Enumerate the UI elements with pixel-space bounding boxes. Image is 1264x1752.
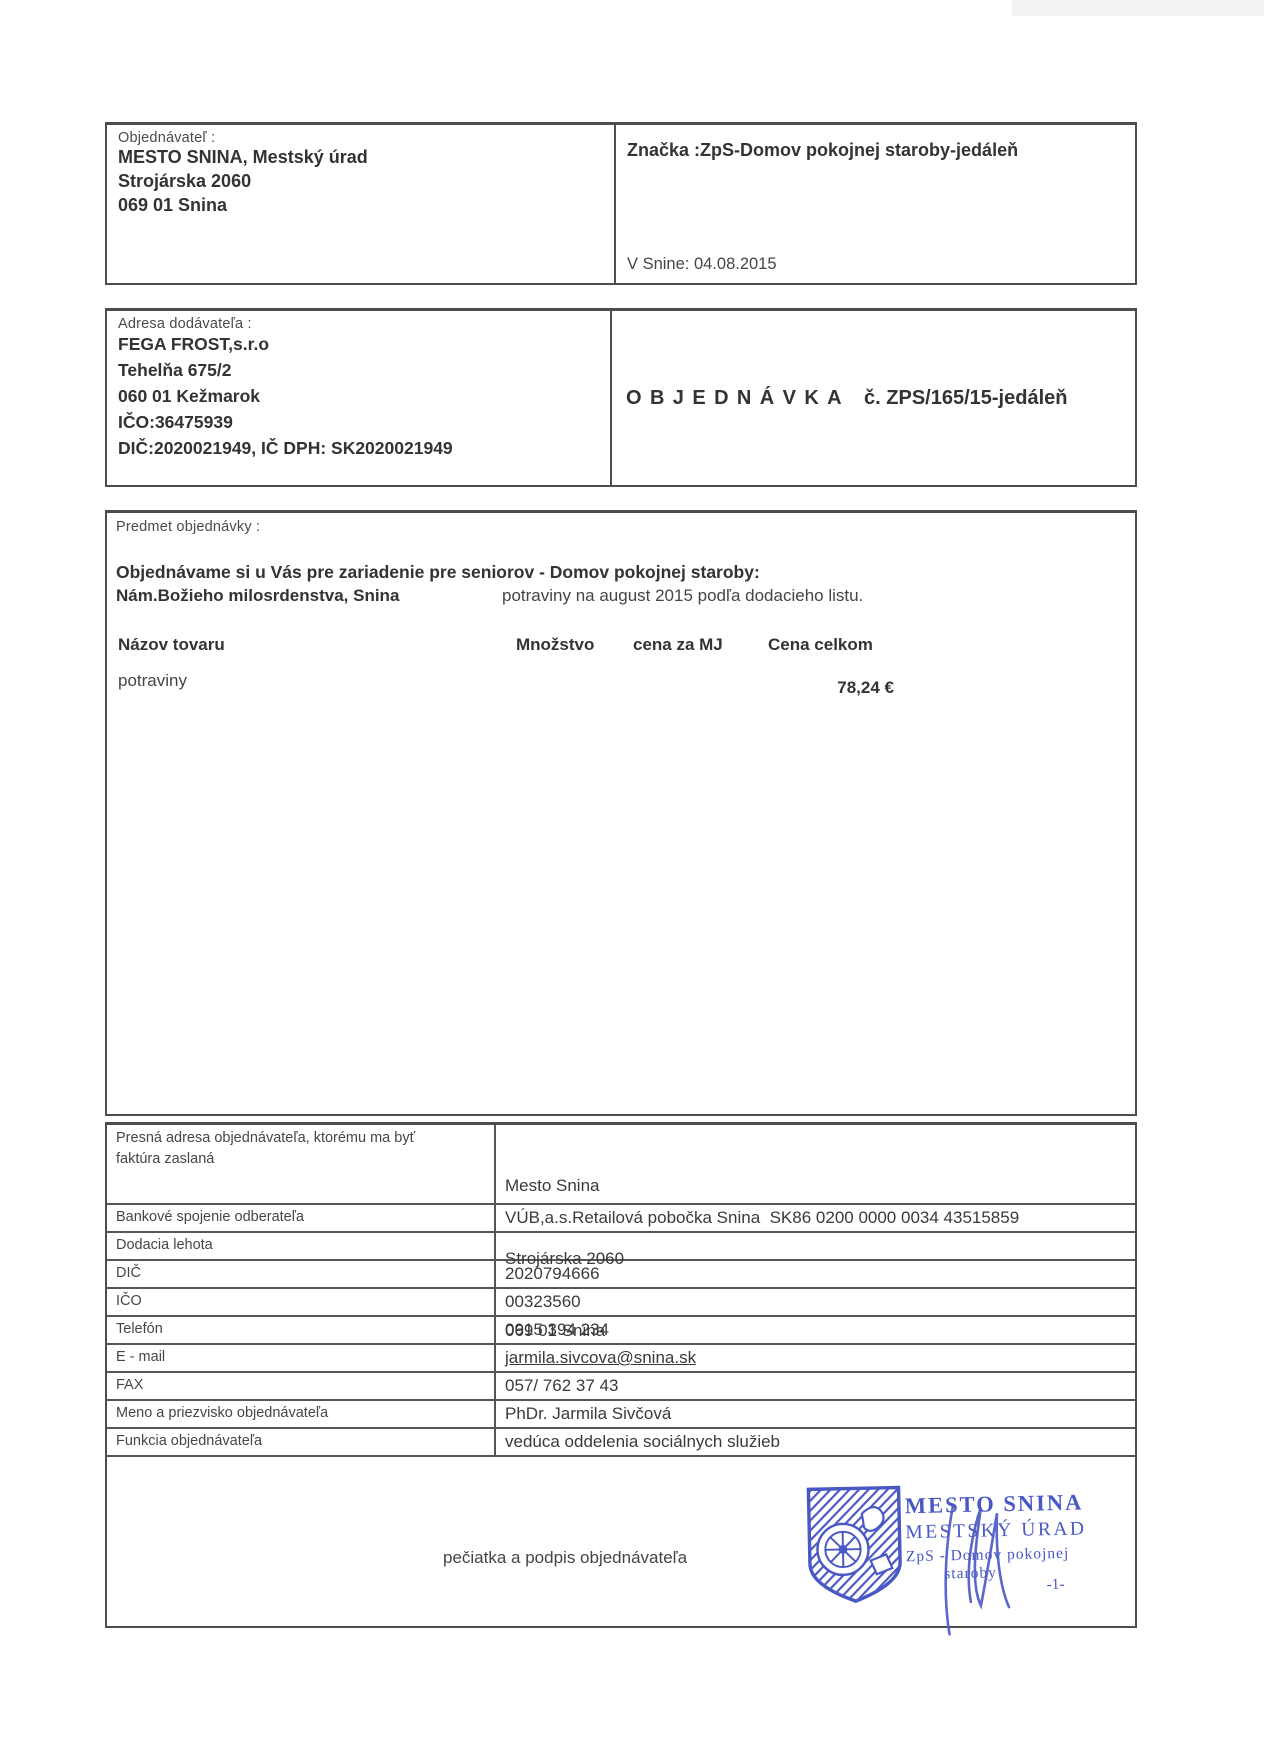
order-title: OBJEDNÁVKA [626,387,850,410]
scan-artifact-strip [1012,0,1264,16]
detail-value-bank: VÚB,a.s.Retailová pobočka Snina SK86 020… [494,1205,1135,1231]
supplier-order-box: Adresa dodávateľa : FEGA FROST,s.r.o Teh… [105,308,1137,487]
table-row: E - mail jarmila.sivcova@snina.sk [107,1345,1135,1373]
supplier-label: Adresa dodávateľa : [118,316,599,332]
email-link[interactable]: jarmila.sivcova@snina.sk [505,1346,696,1370]
supplier-street: Tehelňa 675/2 [118,358,599,384]
supplier-city: 060 01 Kežmarok [118,384,599,410]
detail-value-ico: 00323560 [494,1289,1135,1315]
table-row: DIČ 2020794666 [107,1261,1135,1289]
table-row: FAX 057/ 762 37 43 [107,1373,1135,1401]
supplier-name: FEGA FROST,s.r.o [118,332,599,358]
detail-value-invoice-address: Mesto Snina Strojárska 2060 069 01 Snina [494,1125,1135,1203]
detail-label-bank: Bankové spojenie odberateľa [107,1205,494,1231]
table-row: Presná adresa objednávateľa, ktorému ma … [107,1125,1135,1205]
customer-label: Objednávateľ : [118,130,603,146]
customer-city: 069 01 Snina [118,194,603,218]
detail-label-ico: IČO [107,1289,494,1315]
header-quantity: Množstvo [516,635,594,655]
supplier-dic: DIČ:2020021949, IČ DPH: SK2020021949 [118,436,599,462]
table-row: Dodacia lehota [107,1233,1135,1261]
table-row: Bankové spojenie odberateľa VÚB,a.s.Reta… [107,1205,1135,1233]
item-name: potraviny [118,671,187,691]
detail-value-orderer-function: vedúca oddelenia sociálnych služieb [494,1429,1135,1455]
period-note: potraviny na august 2015 podľa dodacieho… [502,586,863,605]
detail-value-orderer-name: PhDr. Jarmila Sivčová [494,1401,1135,1427]
page-number: -1- [1046,1576,1064,1594]
table-row: potraviny 78,24 € [116,671,1126,711]
table-row: Funkcia objednávateľa vedúca oddelenia s… [107,1429,1135,1457]
detail-label-fax: FAX [107,1373,494,1399]
table-row: IČO 00323560 [107,1289,1135,1317]
customer-street: Strojárska 2060 [118,170,603,194]
supplier-ico: IČO:36475939 [118,410,599,436]
order-number-cell: OBJEDNÁVKA č. ZPS/165/15-jedáleň [610,311,1135,485]
value-line: Mesto Snina [505,1174,1126,1198]
detail-value-delivery-term [494,1233,1135,1259]
detail-label-invoice-address: Presná adresa objednávateľa, ktorému ma … [107,1125,494,1203]
detail-value-dic: 2020794666 [494,1261,1135,1287]
place-and-date: V Snine: 04.08.2015 [627,255,1124,274]
table-row: Telefón 0915 394 234 [107,1317,1135,1345]
official-stamp: MESTO SNINA MESTSKÝ ÚRAD ZpS - Domov pok… [796,1473,1129,1650]
subject-label: Predmet objednávky : [116,519,1126,535]
order-number: č. ZPS/165/15-jedáleň [864,387,1067,410]
header-item-name: Názov tovaru [118,635,225,655]
label-line: Presná adresa objednávateľa, ktorému ma … [116,1128,485,1149]
reference-mark: Značka :ZpS-Domov pokojnej staroby-jedál… [627,140,1124,161]
label-line: faktúra zaslaná [116,1149,485,1170]
detail-value-phone: 0915 394 234 [494,1317,1135,1343]
city-coat-of-arms-icon [804,1483,905,1607]
reference-cell: Značka :ZpS-Domov pokojnej staroby-jedál… [614,125,1135,283]
subject-address-line: Nám.Božieho milosrdenstva, Sninapotravin… [116,586,1126,606]
detail-value-fax: 057/ 762 37 43 [494,1373,1135,1399]
detail-label-phone: Telefón [107,1317,494,1343]
detail-value-email: jarmila.sivcova@snina.sk [494,1345,1135,1371]
facility-address: Nám.Božieho milosrdenstva, Snina [116,586,502,606]
table-row: Meno a priezvisko objednávateľa PhDr. Ja… [107,1401,1135,1429]
customer-reference-box: Objednávateľ : MESTO SNINA, Mestský úrad… [105,122,1137,285]
signature-icon [916,1482,1039,1644]
detail-label-orderer-name: Meno a priezvisko objednávateľa [107,1401,494,1427]
header-total: Cena celkom [768,635,873,655]
detail-label-email: E - mail [107,1345,494,1371]
customer-name: MESTO SNINA, Mestský úrad [118,146,603,170]
detail-label-dic: DIČ [107,1261,494,1287]
header-unit-price: cena za MJ [633,635,723,655]
detail-label-delivery-term: Dodacia lehota [107,1233,494,1259]
supplier-cell: Adresa dodávateľa : FEGA FROST,s.r.o Teh… [107,311,610,485]
customer-cell: Objednávateľ : MESTO SNINA, Mestský úrad… [107,125,614,283]
detail-label-orderer-function: Funkcia objednávateľa [107,1429,494,1455]
order-subject-box: Predmet objednávky : Objednávame si u Vá… [105,510,1137,1116]
item-total: 78,24 € [768,678,894,698]
items-table-header: Názov tovaru Množstvo cena za MJ Cena ce… [116,635,1126,659]
stamp-caption: pečiatka a podpis objednávateľa [443,1548,687,1568]
subject-intro: Objednávame si u Vás pre zariadenie pre … [116,562,1126,583]
